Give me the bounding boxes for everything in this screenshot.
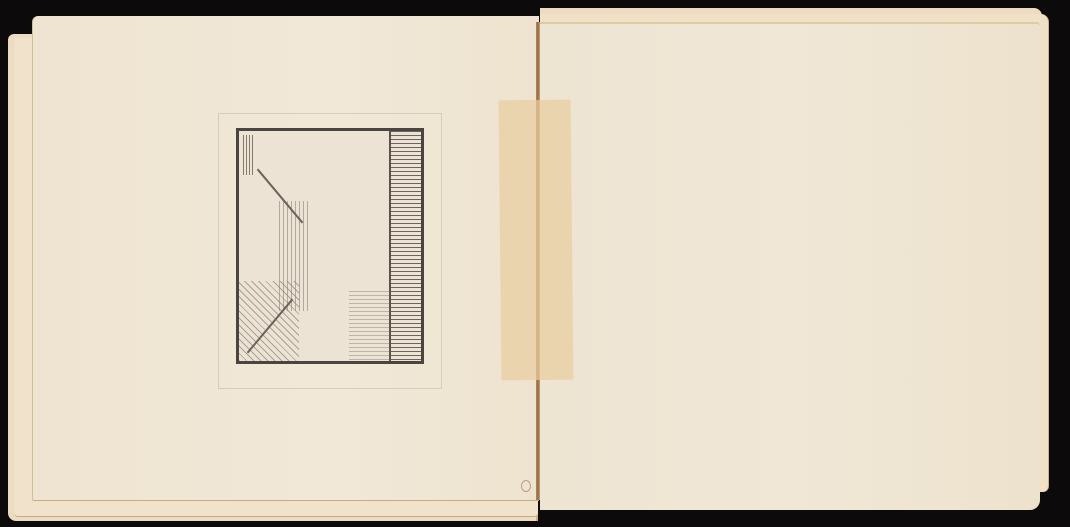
page-mark [521, 480, 531, 492]
binding-tape [499, 100, 574, 381]
sketch-hatched-margin [389, 131, 421, 361]
sketch-hatching [243, 135, 255, 175]
right-page [540, 22, 1040, 510]
sketch-hatching [349, 291, 389, 361]
pencil-sketch [236, 128, 424, 364]
